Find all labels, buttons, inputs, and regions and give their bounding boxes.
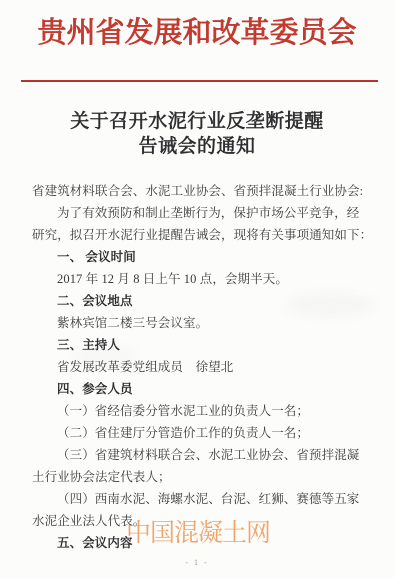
intro-line-1: 为了有效预防和制止垄断行为，保护市场公平竞争，经 bbox=[32, 202, 366, 224]
heading-meeting-location: 二、会议地点 bbox=[32, 290, 366, 312]
issuing-org-title: 贵州省发展和改革委员会 bbox=[0, 10, 394, 51]
document-title: 关于召开水泥行业反垄断提醒 告诫会的通知 bbox=[0, 109, 394, 159]
heading-attendees: 四、参会人员 bbox=[32, 378, 366, 400]
attendee-item-2: （二）省住建厅分管造价工作的负责人一名； bbox=[32, 422, 366, 444]
document-title-line-1: 关于召开水泥行业反垄断提醒 bbox=[0, 109, 394, 134]
heading-host: 三、主持人 bbox=[32, 334, 366, 356]
scanned-notice-page: 贵州省发展和改革委员会 关于召开水泥行业反垄断提醒 告诫会的通知 省建筑材料联合… bbox=[0, 0, 394, 578]
meeting-time-value: 2017 年 12 月 8 日上午 10 点，会期半天。 bbox=[32, 268, 366, 290]
attendee-item-1: （一）省经信委分管水泥工业的负责人一名； bbox=[32, 400, 366, 422]
host-value: 省发展改革委党组成员 徐望北 bbox=[32, 356, 366, 378]
document-title-line-2: 告诫会的通知 bbox=[0, 134, 394, 159]
attendee-item-4-line-1: （四）西南水泥、海螺水泥、台泥、红狮、赛德等五家 bbox=[32, 488, 366, 510]
meeting-location-value: 紫林宾馆二楼三号会议室。 bbox=[32, 312, 366, 334]
attendee-item-3-line-2: 土行业协会法定代表人； bbox=[32, 466, 366, 488]
site-watermark: 中国混凝土网 bbox=[126, 520, 270, 545]
header-divider-rule bbox=[21, 80, 378, 82]
document-body: 省建筑材料联合会、水泥工业协会、省预拌混凝土行业协会: 为了有效预防和制止垄断行… bbox=[32, 180, 366, 554]
heading-meeting-time: 一、 会议时间 bbox=[32, 246, 366, 268]
salutation-line: 省建筑材料联合会、水泥工业协会、省预拌混凝土行业协会: bbox=[32, 180, 366, 202]
attendee-item-3-line-1: （三）省建筑材料联合会、水泥工业协会、省预拌混凝 bbox=[32, 444, 366, 466]
page-number: - 1 - bbox=[0, 558, 394, 567]
intro-line-2: 研究，拟召开水泥行业提醒告诫会，现将有关事项通知如下： bbox=[32, 224, 366, 246]
